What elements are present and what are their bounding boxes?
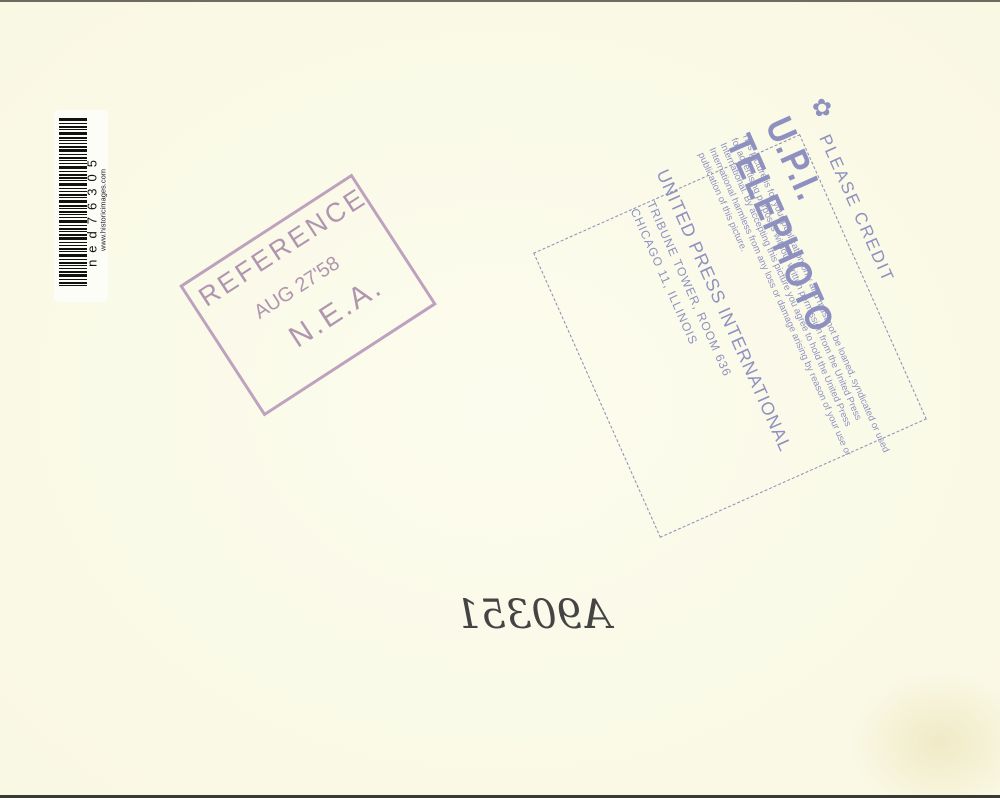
barcode-url: www.historicimages.com xyxy=(99,169,108,251)
reference-stamp: REFERENCE AUG 27'58 N.E.A. xyxy=(179,173,437,416)
photo-back: ned76305 www.historicimages.com REFERENC… xyxy=(0,0,1000,798)
handwritten-note: A90351 xyxy=(455,592,611,638)
upi-credit-stamp: ✿ PLEASE CREDIT U.P.I. TELEPHOTO This pi… xyxy=(533,134,927,538)
barcode-code: ned76305 xyxy=(85,153,100,267)
flower-icon: ✿ xyxy=(804,93,839,123)
barcode-icon xyxy=(59,118,87,296)
barcode-label: ned76305 www.historicimages.com xyxy=(54,110,108,302)
